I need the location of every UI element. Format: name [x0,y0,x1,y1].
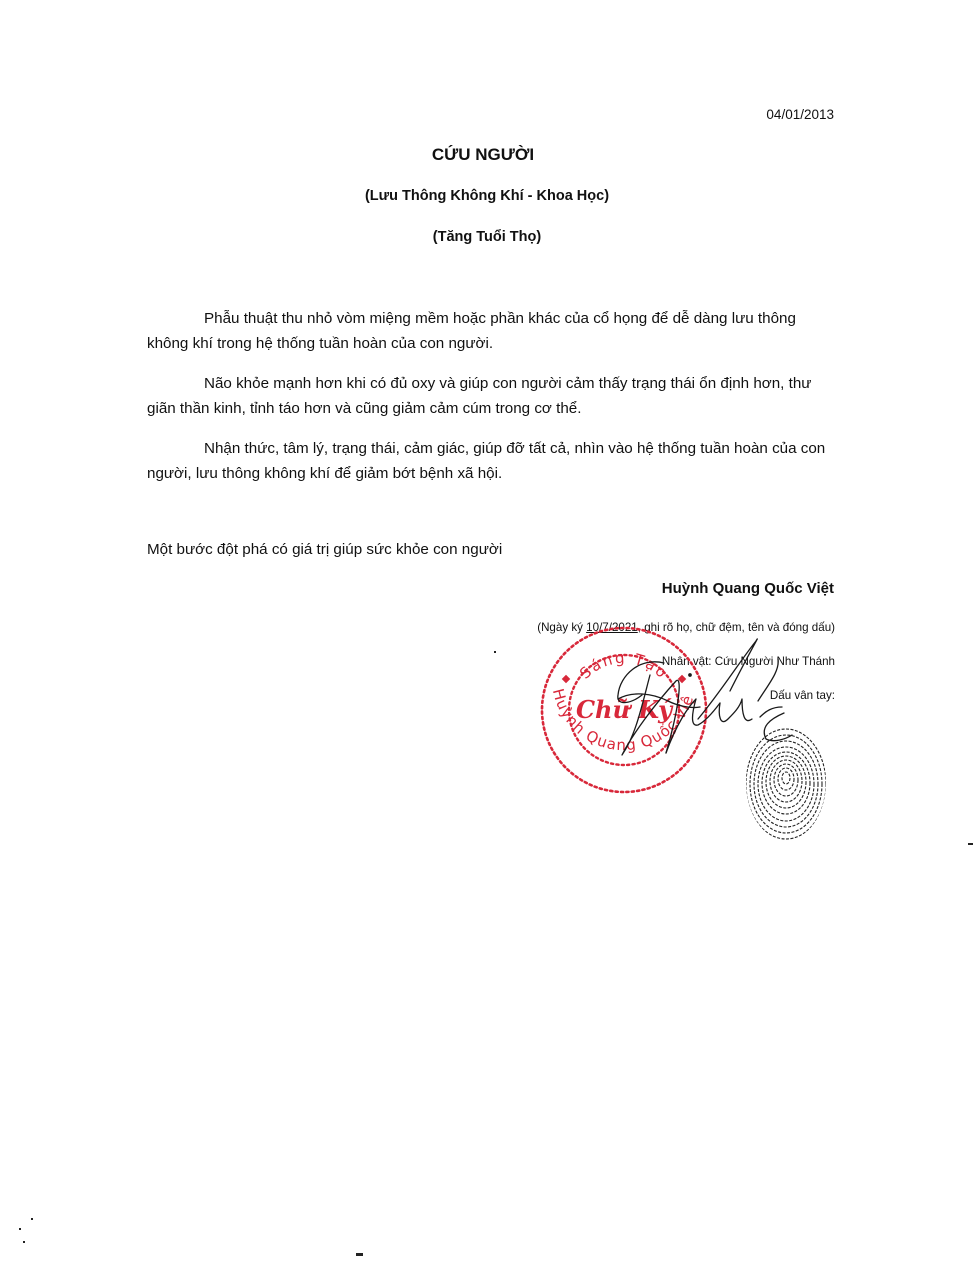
document-title: CỨU NGƯỜI [0,145,970,165]
document-date: 04/01/2013 [750,107,834,122]
scan-speck [968,843,973,845]
fingerprint-icon [743,722,829,842]
paragraph-3-text: Nhận thức, tâm lý, trạng thái, cảm giác,… [147,440,825,482]
author-name: Huỳnh Quang Quốc Việt [662,580,834,597]
paragraph-1-text: Phẫu thuật thu nhỏ vòm miệng mềm hoặc ph… [147,310,796,352]
paragraph-3: Nhận thức, tâm lý, trạng thái, cảm giác,… [147,436,837,486]
paragraph-1: Phẫu thuật thu nhỏ vòm miệng mềm hoặc ph… [147,306,837,356]
scan-speck [31,1218,33,1220]
closing-line: Một bước đột phá có giá trị giúp sức khỏ… [147,541,502,558]
paragraph-2: Não khỏe mạnh hơn khi có đủ oxy và giúp … [147,371,837,421]
paragraph-2-text: Não khỏe mạnh hơn khi có đủ oxy và giúp … [147,375,811,417]
scan-speck [23,1241,25,1243]
document-subtitle-1: (Lưu Thông Không Khí - Khoa Học) [0,188,974,204]
scan-speck [494,651,496,653]
scan-speck [356,1253,363,1256]
document-subtitle-2: (Tăng Tuổi Thọ) [0,229,974,245]
scan-speck [19,1228,21,1230]
